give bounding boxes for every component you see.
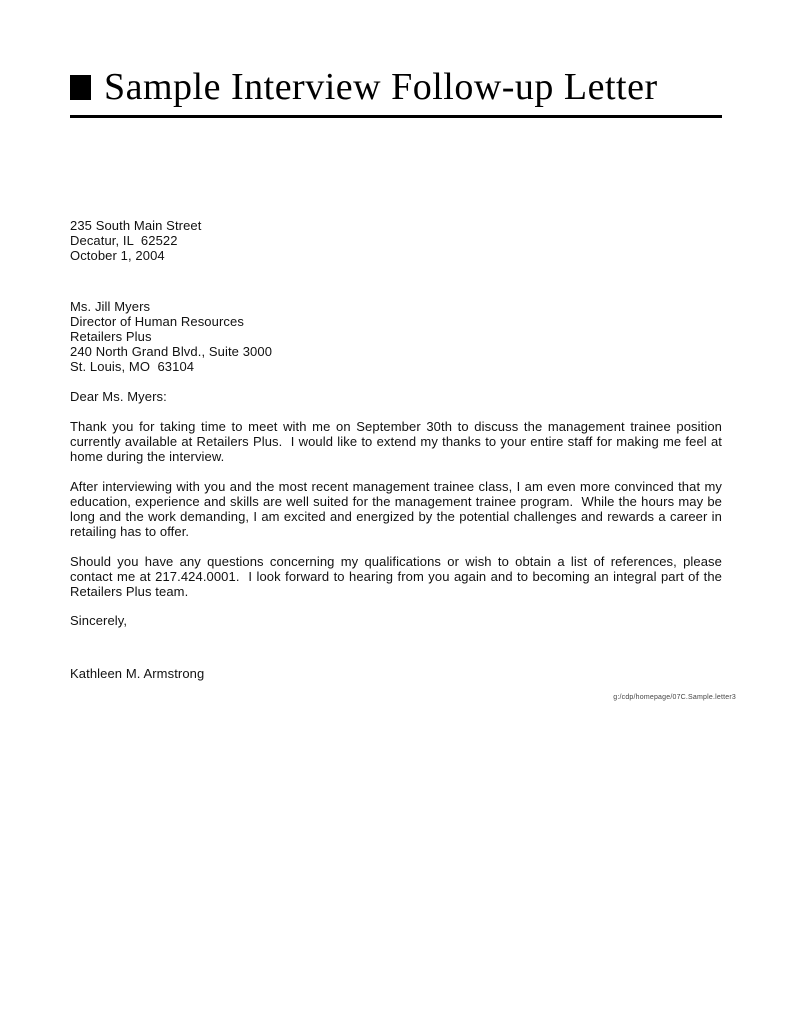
recipient-street-line: 240 North Grand Blvd., Suite 3000 <box>70 344 722 359</box>
recipient-name-line: Ms. Jill Myers <box>70 299 722 314</box>
letter-body: 235 South Main Street Decatur, IL 62522 … <box>70 218 722 702</box>
document-masthead: Sample Interview Follow-up Letter <box>70 68 722 118</box>
letter-document-page: Sample Interview Follow-up Letter 235 So… <box>0 0 791 1024</box>
recipient-company-line: Retailers Plus <box>70 329 722 344</box>
closing-line: Sincerely, <box>70 613 722 628</box>
file-path-footnote: g:/cdp/homepage/07C.Sample.letter3 <box>70 694 736 702</box>
body-paragraph-3: Should you have any questions concerning… <box>70 554 722 599</box>
sender-street-line: 235 South Main Street <box>70 218 722 233</box>
sender-city-line: Decatur, IL 62522 <box>70 233 722 248</box>
letter-date-line: October 1, 2004 <box>70 248 722 263</box>
black-square-bullet-icon <box>70 75 91 100</box>
salutation: Dear Ms. Myers: <box>70 389 722 404</box>
sender-address-block: 235 South Main Street Decatur, IL 62522 … <box>70 218 722 263</box>
recipient-address-block: Ms. Jill Myers Director of Human Resourc… <box>70 299 722 374</box>
recipient-title-line: Director of Human Resources <box>70 314 722 329</box>
body-paragraph-1: Thank you for taking time to meet with m… <box>70 419 722 464</box>
body-paragraph-2: After interviewing with you and the most… <box>70 479 722 539</box>
page-title: Sample Interview Follow-up Letter <box>104 66 658 108</box>
signature-name: Kathleen M. Armstrong <box>70 666 722 681</box>
recipient-city-line: St. Louis, MO 63104 <box>70 359 722 374</box>
